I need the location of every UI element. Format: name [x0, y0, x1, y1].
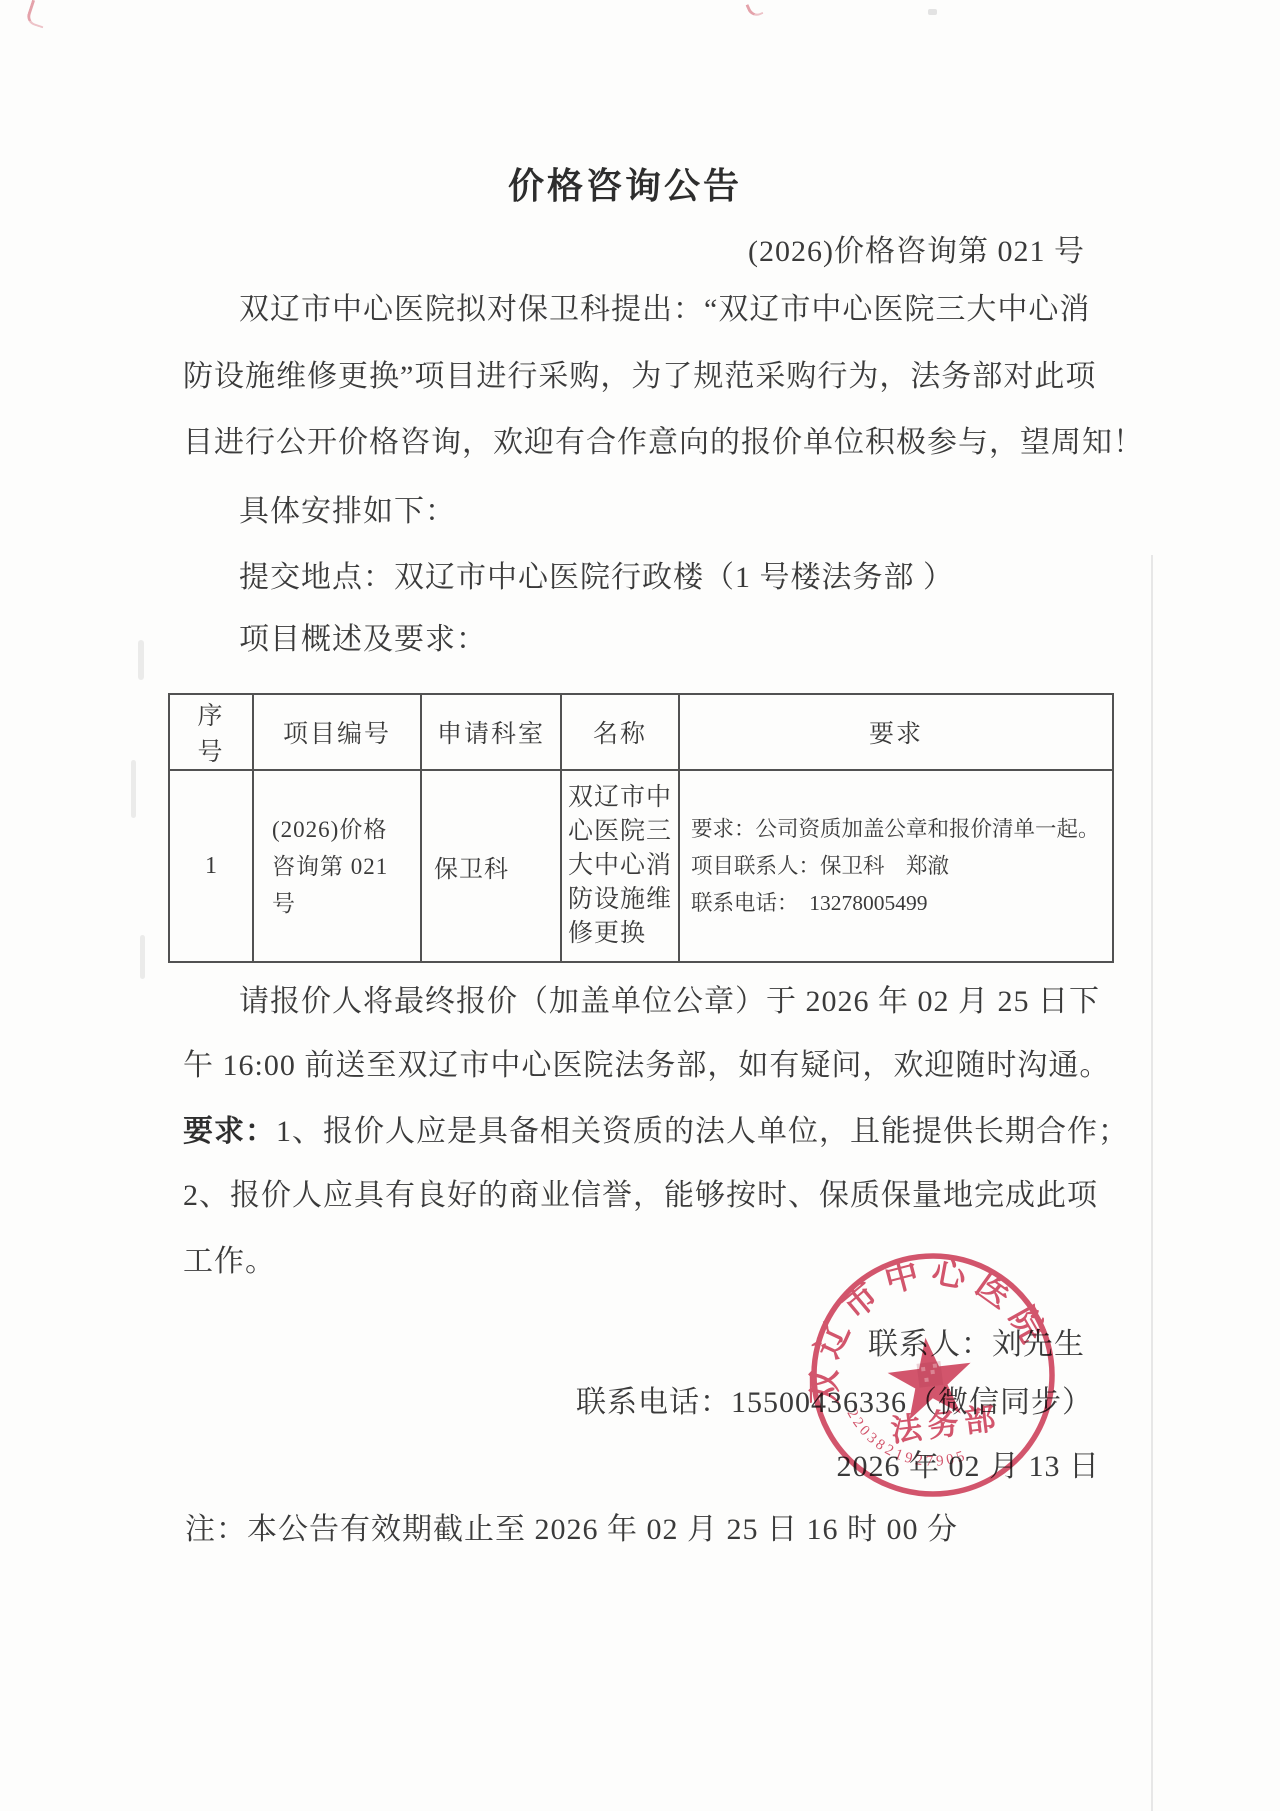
cell-seq: 1: [169, 770, 253, 962]
cell-department: 保卫科: [421, 770, 561, 962]
cell-project-no: (2026)价格咨询第 021 号: [253, 770, 421, 962]
closing-line: 工作。: [183, 1242, 276, 1282]
project-table: 序 号 项目编号 申请科室 名称 要求 1 (2026)价格咨询第 021 号 …: [168, 693, 1114, 963]
scan-artifact-vertical-line: [1151, 555, 1153, 1811]
closing-line: 请报价人将最终报价（加盖单位公章）于 2026 年 02 月 25 日下: [239, 982, 1100, 1022]
header-project-no: 项目编号: [253, 694, 421, 770]
scan-artifact-smudge: [131, 760, 136, 818]
intro-line: 目进行公开价格咨询，欢迎有合作意向的报价单位积极参与，望周知！: [183, 423, 1144, 463]
scan-artifact-red-mark: [746, 0, 764, 19]
cell-name: 双辽市中心医院三大中心消防设施维修更换: [561, 770, 679, 962]
arrangement-heading: 具体安排如下：: [239, 492, 456, 532]
scan-artifact-speck: [928, 9, 937, 15]
header-requirement: 要求: [679, 694, 1113, 770]
closing-line: 午 16:00 前送至双辽市中心医院法务部，如有疑问，欢迎随时沟通。: [183, 1046, 1110, 1086]
cell-requirement: 要求：公司资质加盖公章和报价清单一起。 项目联系人：保卫科 郑澈 联系电话： 1…: [679, 770, 1113, 962]
table-row: 1 (2026)价格咨询第 021 号 保卫科 双辽市中心医院三大中心消防设施维…: [169, 770, 1113, 962]
intro-line: 双辽市中心医院拟对保卫科提出：“双辽市中心医院三大中心消: [239, 290, 1090, 330]
requirement-line: 项目联系人：保卫科 郑澈: [691, 848, 1106, 885]
requirement-line: 要求：公司资质加盖公章和报价清单一起。: [691, 811, 1106, 848]
seal-anticounterfeit-pattern: [917, 1361, 944, 1388]
header-name: 名称: [561, 694, 679, 770]
page-title: 价格咨询公告: [0, 158, 1250, 209]
document-page: 价格咨询公告 (2026)价格咨询第 021 号 双辽市中心医院拟对保卫科提出：…: [0, 0, 1280, 1811]
scan-artifact-red-mark: [25, 0, 50, 28]
requirement-label: 要求：: [183, 1115, 276, 1148]
scan-artifact-smudge: [138, 640, 144, 680]
header-department: 申请科室: [421, 694, 561, 770]
requirement-line: 联系电话： 13278005499: [691, 885, 1106, 922]
official-seal: 双辽市中心医院 法务部 2203821927905: [749, 1191, 1117, 1559]
doc-number: (2026)价格咨询第 021 号: [183, 226, 1085, 270]
scan-artifact-smudge: [140, 935, 145, 979]
header-seq: 序 号: [169, 694, 253, 770]
closing-line-text: 1、报价人应是具备相关资质的法人单位，且能提供长期合作；: [276, 1115, 1129, 1148]
overview-heading: 项目概述及要求：: [239, 620, 487, 660]
closing-line: 要求：1、报价人应是具备相关资质的法人单位，且能提供长期合作；: [183, 1112, 1129, 1152]
submit-location: 提交地点：双辽市中心医院行政楼（1 号楼法务部 ）: [239, 558, 954, 598]
seal-dept-text: 法务部: [889, 1400, 1003, 1448]
table-header-row: 序 号 项目编号 申请科室 名称 要求: [169, 694, 1113, 770]
intro-line: 防设施维修更换”项目进行采购，为了规范采购行为，法务部对此项: [183, 357, 1096, 397]
